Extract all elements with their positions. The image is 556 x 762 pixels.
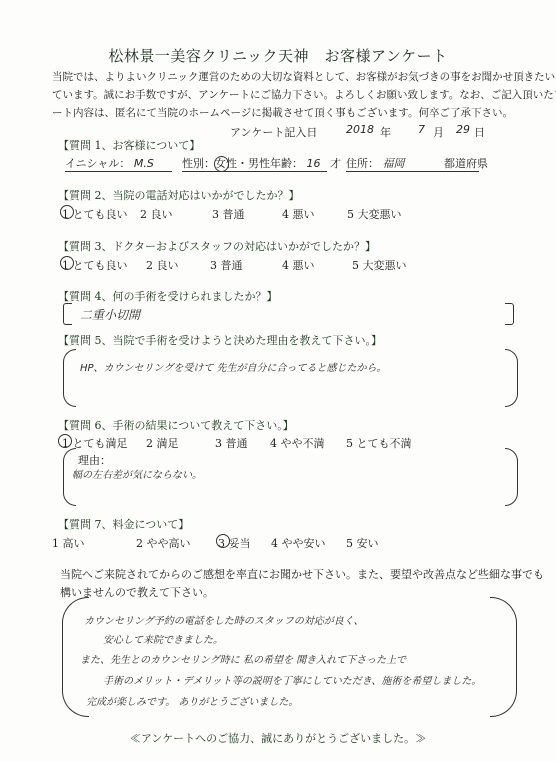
intro-line-3: ート内容は、匿名にて当院のホームページに掲載させて頂く事もございます。何卒ご了承… (52, 105, 513, 120)
date-day[interactable]: 29 (456, 123, 470, 136)
age-value: 16 (307, 157, 321, 170)
address-value: 福岡 (383, 157, 405, 170)
comments-prompt-1: 当院へご来院されてからのご感想を率直にお聞かせ下さい。また、要望や改善点など些細… (60, 566, 544, 582)
q6-heading: 【質問 6、手術の結果について教えて下さい。】 (58, 417, 294, 433)
gender-label: 性別： (182, 157, 215, 170)
q5-bracket-left (63, 349, 76, 407)
day-unit: 日 (474, 124, 485, 140)
date-year[interactable]: 2018 (346, 123, 374, 136)
q6-option-2[interactable]: 2 満足 (146, 435, 179, 451)
q6-option-3[interactable]: 3 普通 (215, 435, 248, 451)
q3-selection-circle (60, 256, 74, 270)
intro-line-1: 当院では、よりよいクリニック運営のための大切な資料として、お客様がお気づきの事を… (52, 69, 556, 84)
comments-bracket-right (490, 597, 517, 717)
month-unit: 月 (433, 124, 444, 140)
initial-value: M.S (134, 157, 154, 170)
q6-selection-circle (58, 434, 72, 448)
address-label: 住所： (346, 157, 379, 170)
q7-option-5[interactable]: 5 安い (346, 535, 379, 551)
q5-answer[interactable]: HP、カウンセリングを受けて 先生が自分に合ってると感じたから。 (80, 359, 387, 374)
comments-answer-line-4: 手術のメリット・デメリット等の説明を丁寧にしていただき、施術を希望しました。 (103, 672, 481, 687)
age-unit: 才 (330, 155, 341, 171)
q2-heading: 【質問 2、当院の電話対応はいかがでしたか？】 (58, 187, 300, 203)
q3-option-3[interactable]: 3 普通 (210, 257, 243, 273)
q2-selection-circle (60, 205, 74, 219)
q4-answer[interactable]: 二重小切開 (80, 306, 140, 323)
q6-reason-answer[interactable]: 幅の左右差が気にならない。 (72, 466, 202, 481)
q6-option-4[interactable]: 4 やや不満 (270, 435, 325, 451)
q6-bracket-right (505, 448, 518, 506)
q2-option-5[interactable]: 5 大変悪い (347, 206, 402, 222)
q7-option-4[interactable]: 4 やや安い (271, 535, 326, 551)
age-field[interactable]: 年齢： 16 (270, 155, 327, 172)
q6-option-5[interactable]: 5 とても不満 (346, 435, 412, 451)
q7-option-2[interactable]: 2 やや高い (136, 535, 191, 551)
footer-thanks: ≪アンケートへのご協力、誠にありがとうございました。≫ (0, 730, 556, 746)
q4-bracket-left (63, 303, 72, 325)
initial-field[interactable]: イニシャル： M.S (65, 155, 172, 172)
comments-answer-line-2: 安心して来院できました。 (103, 631, 223, 646)
q7-option-1[interactable]: 1 高い (52, 535, 85, 551)
date-month[interactable]: 7 (418, 123, 425, 136)
q7-selection-circle (216, 534, 230, 548)
age-label: 年齢： (270, 157, 303, 170)
q3-heading: 【質問 3、ドクターおよびスタッフの対応はいかがでしたか？】 (58, 238, 376, 254)
year-unit: 年 (380, 124, 391, 140)
q5-bracket-right (505, 349, 518, 407)
q2-option-3[interactable]: 3 普通 (212, 206, 245, 222)
q4-heading: 【質問 4、何の手術を受けられましたか？】 (58, 288, 278, 304)
q2-option-2[interactable]: 2 良い (140, 206, 173, 222)
comments-answer-line-5: 完成が楽しみです。 ありがとうございました。 (86, 693, 298, 708)
q7-heading: 【質問 7、料金について】 (58, 516, 189, 532)
q2-option-4[interactable]: 4 悪い (282, 206, 315, 222)
gender-selection-circle (214, 156, 229, 172)
comments-answer-line-3: また、先生とのカウンセリング時に 私の希望を 聞き入れて下さった上で (80, 651, 406, 666)
initial-label: イニシャル： (65, 157, 130, 170)
q4-bracket-right (505, 303, 514, 325)
page-title: 松林景一美容クリニック天神 お客様アンケート (0, 45, 556, 66)
gender-male-option[interactable]: 男性 (248, 157, 270, 170)
intro-line-2: ています。誠にお手数ですが、アンケートにご協力下さい。よろしくお願い致します。な… (52, 87, 556, 102)
q3-option-5[interactable]: 5 大変悪い (352, 257, 407, 273)
q3-option-2[interactable]: 2 良い (146, 257, 179, 273)
date-label: アンケート記入日 (230, 124, 317, 140)
q1-heading: 【質問 1、お客様について】 (58, 137, 200, 153)
q5-heading: 【質問 5、当院で手術を受けようと決めた理由を教えて下さい。】 (58, 332, 382, 348)
address-unit: 都道府県 (444, 155, 488, 171)
q3-option-4[interactable]: 4 悪い (282, 257, 315, 273)
comments-answer-line-1: カウンセリング予約の電話をした時のスタッフの対応が良く、 (84, 612, 364, 627)
gender-separator: ・ (237, 157, 248, 170)
